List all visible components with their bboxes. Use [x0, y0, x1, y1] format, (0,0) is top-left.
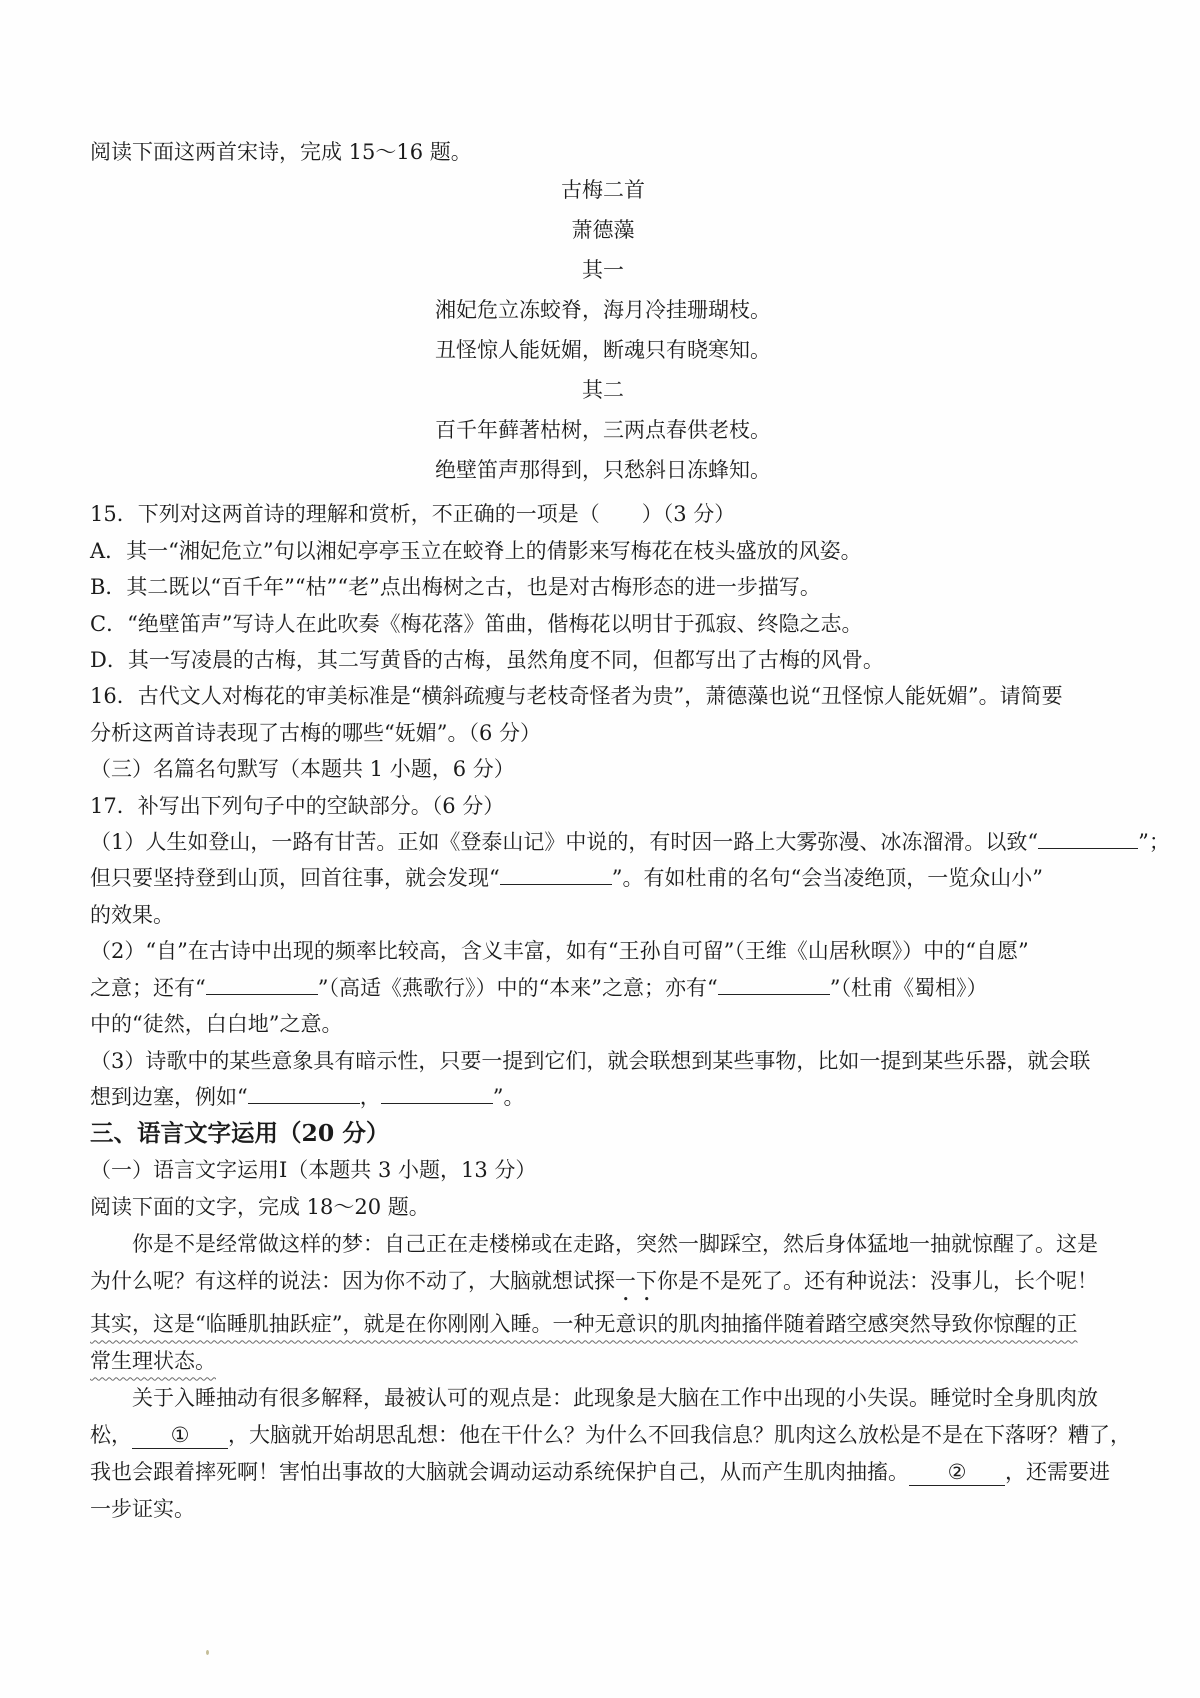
poem-block: 古梅二首 萧德藻 其一 湘妃危立冻蛟脊，海月冷挂珊瑚枝。 丑怪惊人能妩媚，断魂只… — [90, 170, 1116, 490]
question-16-line2: 分析这两首诗表现了古梅的哪些“妩媚”。（6 分） — [90, 715, 1116, 751]
q17-item3-line2-seg2: ， — [360, 1085, 381, 1109]
para1-line3-underlined: 其实，这是“临睡肌抽跃症”，就是在你刚刚入睡。一种无意识的肌肉抽搐伴随着踏空感突… — [90, 1306, 1116, 1343]
para1-line1: 你是不是经常做这样的梦：自己正在走楼梯或在走路，突然一脚踩空，然后身体猛地一抽就… — [90, 1226, 1116, 1263]
para1-line4-underlined: 常生理状态。 — [90, 1343, 1116, 1380]
q17-item3-blank2 — [381, 1083, 493, 1104]
language-sub-header: （一）语言文字运用Ⅰ（本题共 3 小题，13 分） — [90, 1152, 1116, 1189]
language-paragraph-1: 你是不是经常做这样的梦：自己正在走楼梯或在走路，突然一脚踩空，然后身体猛地一抽就… — [90, 1226, 1116, 1380]
question-15-option-d: D．其一写凌晨的古梅，其二写黄昏的古梅，虽然角度不同，但都写出了古梅的风骨。 — [90, 642, 1116, 678]
para1-line2: 为什么呢？有这样的说法：因为你不动了，大脑就想试探一下你是不是死了。还有种说法：… — [90, 1263, 1116, 1306]
q17-item2-line2-seg1: 之意；还有“ — [90, 976, 206, 1000]
poem-part1-line2: 丑怪惊人能妩媚，断魂只有晓寒知。 — [90, 330, 1116, 370]
q17-item2-line2-seg3: ”（杜甫《蜀相》） — [830, 976, 988, 1000]
question-15-option-c: C．“绝壁笛声”写诗人在此吹奏《梅花落》笛曲，偕梅花以明甘于孤寂、终隐之志。 — [90, 606, 1116, 642]
exam-paper-page: 阅读下面这两首宋诗，完成 15～16 题。 古梅二首 萧德藻 其一 湘妃危立冻蛟… — [0, 0, 1200, 1698]
para1-line2-seg1: 为什么呢？有这样的说法：因为你不动了，大脑就想试探 — [90, 1269, 615, 1293]
poem-part2-label: 其二 — [90, 370, 1116, 410]
para1-line2-seg2: 你是不是死了。还有种说法：没事儿，长个呢！ — [657, 1269, 1098, 1293]
q17-item1-line3: 的效果。 — [90, 897, 1116, 933]
para2-line3-seg2: ，还需要进 — [1005, 1460, 1110, 1484]
question-17: 17．补写出下列句子中的空缺部分。（6 分） （1）人生如登山，一路有甘苦。正如… — [90, 788, 1116, 1116]
para2-line2-seg1: 松， — [90, 1423, 132, 1447]
para1-emphasized-words: 一下 — [615, 1269, 657, 1293]
para2-line1: 关于入睡抽动有很多解释，最被认可的观点是：此现象是大脑在工作中出现的小失误。睡觉… — [90, 1380, 1116, 1417]
poem-part2-line2: 绝壁笛声那得到，只愁斜日冻蜂知。 — [90, 450, 1116, 490]
q17-item1-line2-text: 但只要坚持登到山顶，回首往事，就会发现“ — [90, 866, 500, 890]
para2-line4: 一步证实。 — [90, 1491, 1116, 1528]
q17-item3-blank1 — [248, 1083, 360, 1104]
language-intro-line: 阅读下面的文字，完成 18～20 题。 — [90, 1189, 1116, 1226]
poem-part1-line1: 湘妃危立冻蛟脊，海月冷挂珊瑚枝。 — [90, 290, 1116, 330]
q17-item1-blank1 — [1038, 828, 1138, 849]
q17-item2-line3: 中的“徒然，白白地”之意。 — [90, 1006, 1116, 1042]
poem-part2-line1: 百千年藓著枯树，三两点春供老枝。 — [90, 410, 1116, 450]
q17-item1-line1: （1）人生如登山，一路有甘苦。正如《登泰山记》中说的，有时因一路上大雾弥漫、冰冻… — [90, 824, 1116, 860]
question-16: 16．古代文人对梅花的审美标准是“横斜疏瘦与老枝奇怪者为贵”，萧德藻也说“丑怪惊… — [90, 678, 1116, 751]
q17-item2-blank1 — [206, 974, 318, 995]
q17-item2-line2-seg2: ”（高适《燕歌行》）中的“本来”之意；亦有“ — [318, 976, 718, 1000]
question-17-stem: 17．补写出下列句子中的空缺部分。（6 分） — [90, 788, 1116, 824]
q17-item2-blank2 — [718, 974, 830, 995]
question-15-stem: 15．下列对这两首诗的理解和赏析，不正确的一项是（ ）（3 分） — [90, 496, 1116, 532]
poetry-intro-line: 阅读下面这两首宋诗，完成 15～16 题。 — [90, 134, 1116, 170]
para2-line3-seg1: 我也会跟着摔死啊！害怕出事故的大脑就会调动运动系统保护自己，从而产生肌肉抽搐。 — [90, 1460, 909, 1484]
q17-item3-line1: （3）诗歌中的某些意象具有暗示性，只要一提到它们，就会联想到某些事物，比如一提到… — [90, 1043, 1116, 1079]
q17-item2-line2: 之意；还有“”（高适《燕歌行》）中的“本来”之意；亦有“”（杜甫《蜀相》） — [90, 970, 1116, 1006]
q17-item3-line2: 想到边塞，例如“，”。 — [90, 1079, 1116, 1115]
question-15: 15．下列对这两首诗的理解和赏析，不正确的一项是（ ）（3 分） A．其一“湘妃… — [90, 496, 1116, 678]
q17-item1-blank2 — [500, 865, 612, 886]
para2-line2: 松，①，大脑就开始胡思乱想：他在干什么？为什么不回我信息？肌肉这么放松是不是在下… — [90, 1417, 1116, 1454]
q17-item3-line2-seg1: 想到边塞，例如“ — [90, 1085, 248, 1109]
q17-item1-line1-tail: ”； — [1138, 830, 1170, 854]
q17-item1-line2-tail: ”。有如杜甫的名句“会当凌绝顶，一览众山小” — [612, 866, 1043, 890]
para2-numbered-blank-2: ② — [909, 1459, 1005, 1486]
dictation-section-header: （三）名篇名句默写（本题共 1 小题，6 分） — [90, 751, 1116, 787]
language-section-header: 三、语言文字运用（20 分） — [90, 1115, 1116, 1152]
poem-title: 古梅二首 — [90, 170, 1116, 210]
question-15-option-a: A．其一“湘妃危立”句以湘妃亭亭玉立在蛟脊上的倩影来写梅花在枝头盛放的风姿。 — [90, 533, 1116, 569]
para2-numbered-blank-1: ① — [132, 1422, 228, 1449]
scan-artifact-dot — [206, 1650, 209, 1655]
poem-author: 萧德藻 — [90, 210, 1116, 250]
q17-item1-line1-text: （1）人生如登山，一路有甘苦。正如《登泰山记》中说的，有时因一路上大雾弥漫、冰冻… — [90, 830, 1038, 854]
question-16-line1: 16．古代文人对梅花的审美标准是“横斜疏瘦与老枝奇怪者为贵”，萧德藻也说“丑怪惊… — [90, 678, 1116, 714]
q17-item3-line2-seg3: ”。 — [493, 1085, 525, 1109]
question-15-option-b: B．其二既以“百千年”“枯”“老”点出梅树之古，也是对古梅形态的进一步描写。 — [90, 569, 1116, 605]
poem-part1-label: 其一 — [90, 250, 1116, 290]
q17-item2-line1: （2）“自”在古诗中出现的频率比较高，含义丰富，如有“王孙自可留”（王维《山居秋… — [90, 933, 1116, 969]
language-paragraph-2: 关于入睡抽动有很多解释，最被认可的观点是：此现象是大脑在工作中出现的小失误。睡觉… — [90, 1380, 1116, 1528]
q17-item1-line2: 但只要坚持登到山顶，回首往事，就会发现“”。有如杜甫的名句“会当凌绝顶，一览众山… — [90, 860, 1116, 896]
para2-line2-seg2: ，大脑就开始胡思乱想：他在干什么？为什么不回我信息？肌肉这么放松是不是在下落呀？… — [228, 1423, 1131, 1447]
para2-line3: 我也会跟着摔死啊！害怕出事故的大脑就会调动运动系统保护自己，从而产生肌肉抽搐。②… — [90, 1454, 1116, 1491]
